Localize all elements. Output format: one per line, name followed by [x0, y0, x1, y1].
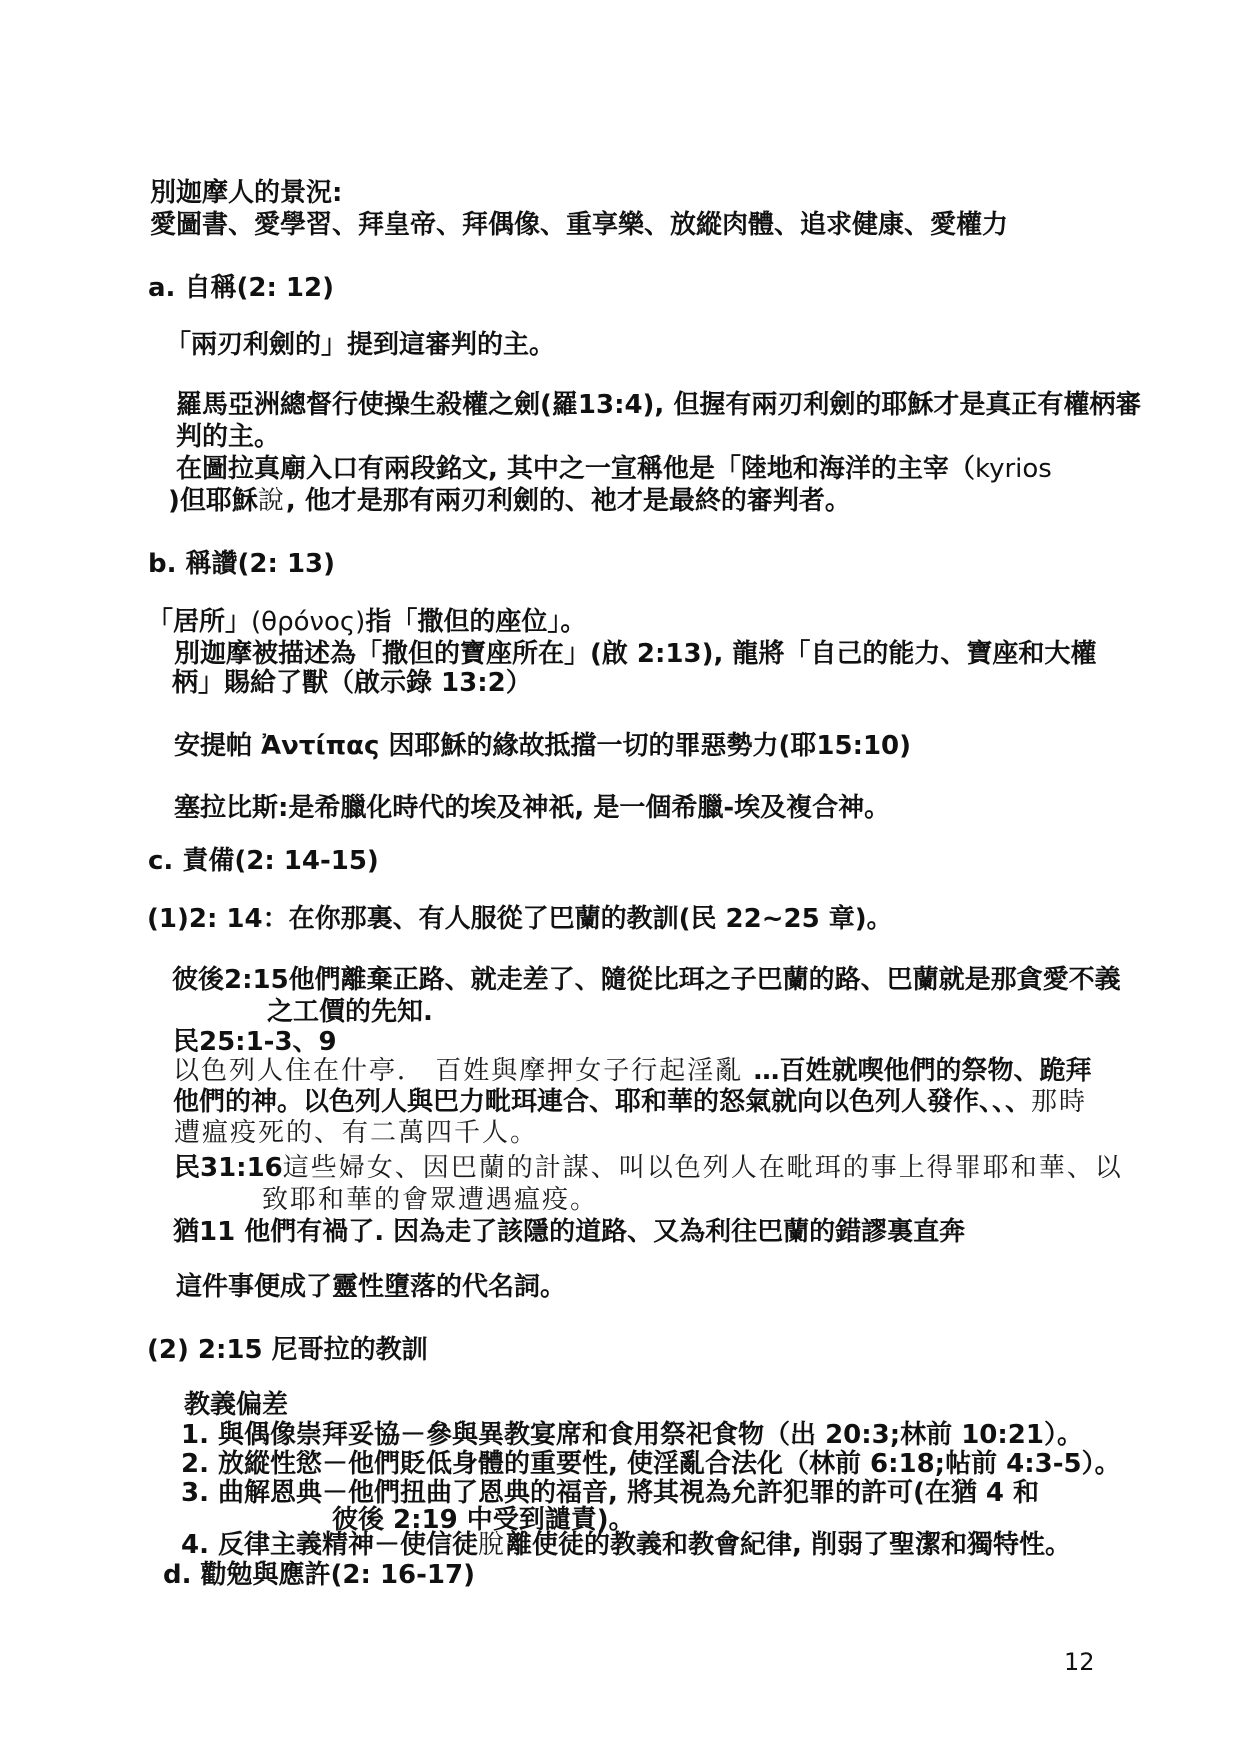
dwelling-term: 「居所」	[147, 607, 251, 637]
fallback-glyph-shuo: 說	[258, 486, 286, 516]
numbers31-reference: 民31:16	[174, 1153, 283, 1183]
jesus-statement-pre: )但耶穌	[168, 486, 258, 516]
section-a-paragraph-1: 「兩刃利劍的」提到這審判的主。	[165, 331, 555, 361]
jesus-statement-post: , 他才是那有兩刃利劍的、祂才是最終的審判者。	[286, 486, 851, 516]
section-a-paragraph-3-line-2: )但耶穌說, 他才是那有兩刃利劍的、祂才是最終的審判者。	[168, 487, 851, 517]
dwelling-meaning: 指「撒但的座位」。	[365, 607, 586, 637]
section-a-heading: a. 自稱(2: 12)	[148, 274, 334, 304]
doctrine-deviation-title: 教義偏差	[184, 1391, 288, 1421]
doctrine-item-4: 4. 反律主義精神－使信徒脫離使徒的教義和教會紀律, 削弱了聖潔和獨特性。	[181, 1531, 1071, 1561]
section-b-paragraph-2-line-2: 柄」賜給了獸（啟示錄 13:2）	[172, 669, 532, 699]
quote-numbers25-reference: 民25:1-3、9	[173, 1028, 337, 1058]
inscription-text: 在圖拉真廟入口有兩段銘文, 其中之一宣稱他是「陸地和海洋的主宰（	[176, 454, 975, 484]
thronos-greek-word: (θρόνος)	[251, 607, 365, 637]
numbers25-bold-run-2: 他們的神。以色列人與巴力毗珥連合、耶和華的怒氣就向以色列人發作、、、	[173, 1087, 1031, 1117]
quote-numbers31-line-1: 民31:16這些婦女、因巴蘭的計謀、叫以色列人在毗珥的事上得罪耶和華、以	[174, 1154, 1123, 1184]
numbers25-serif-run: 以色列人住在什亭． 百姓與摩押女子行起淫亂	[173, 1056, 754, 1086]
quote-2peter-line-2: 之工價的先知.	[267, 998, 433, 1028]
quote-numbers25-line-2: 他們的神。以色列人與巴力毗珥連合、耶和華的怒氣就向以色列人發作、、、那時	[173, 1088, 1087, 1118]
page-number: 12	[1064, 1648, 1095, 1676]
section-a-paragraph-3-line-1: 在圖拉真廟入口有兩段銘文, 其中之一宣稱他是「陸地和海洋的主宰（kyrios	[176, 455, 1052, 485]
antipas-paragraph: 安提帕 Ἀντίπας 因耶穌的緣故抵擋一切的罪惡勢力(耶15:10)	[174, 732, 911, 762]
quote-numbers25-line-3: 遭瘟疫死的、有二萬四千人。	[174, 1119, 538, 1149]
section-b-paragraph-1: 「居所」(θρόνος)指「撒但的座位」。	[147, 608, 586, 638]
fallback-glyph-tuo: 脫	[478, 1530, 506, 1560]
section-a-paragraph-2-line-2: 判的主。	[176, 423, 280, 453]
intro-title: 別迦摩人的景況:	[150, 179, 342, 209]
section-d-heading: d. 勸勉與應許(2: 16-17)	[163, 1561, 475, 1591]
section-c-item-1: (1)2: 14：在你那裏、有人服從了巴蘭的教訓(民 22~25 章)。	[147, 905, 893, 935]
doctrine-item-2: 2. 放縱性慾－他們貶低身體的重要性, 使淫亂合法化（林前 6:18;帖前 4:…	[181, 1450, 1121, 1480]
doctrine-item-4-post: 離使徒的教義和教會紀律, 削弱了聖潔和獨特性。	[506, 1530, 1071, 1560]
intro-traits: 愛圖書、愛學習、拜皇帝、拜偶像、重享樂、放縱肉體、追求健康、愛權力	[150, 211, 1008, 241]
serapis-paragraph: 塞拉比斯:是希臘化時代的埃及神祇, 是一個希臘-埃及複合神。	[174, 794, 890, 824]
quote-numbers31-line-2: 致耶和華的會眾遭遇瘟疫。	[262, 1186, 598, 1216]
section-a-paragraph-2-line-1: 羅馬亞洲總督行使操生殺權之劍(羅13:4), 但握有兩刃利劍的耶穌才是真正有權柄…	[176, 391, 1141, 421]
numbers31-serif-run: 這些婦女、因巴蘭的計謀、叫以色列人在毗珥的事上得罪耶和華、以	[283, 1153, 1123, 1183]
section-c-conclusion: 這件事便成了靈性墮落的代名詞。	[176, 1273, 566, 1303]
quote-2peter-line-1: 彼後2:15他們離棄正路、就走差了、隨從比珥之子巴蘭的路、巴蘭就是那貪愛不義	[172, 966, 1121, 996]
numbers25-bold-run: …百姓就喫他們的祭物、跪拜	[754, 1056, 1092, 1086]
doctrine-item-4-pre: 4. 反律主義精神－使信徒	[181, 1530, 478, 1560]
section-c-item-2: (2) 2:15 尼哥拉的教訓	[147, 1336, 428, 1366]
doctrine-item-1: 1. 與偶像崇拜妥協－參與異教宴席和食用祭祀食物（出 20:3;林前 10:21…	[181, 1421, 1083, 1451]
kyrios-latin-word: kyrios	[975, 454, 1052, 484]
document-page: 別迦摩人的景況: 愛圖書、愛學習、拜皇帝、拜偶像、重享樂、放縱肉體、追求健康、愛…	[0, 0, 1242, 1755]
numbers25-serif-run-2: 那時	[1031, 1087, 1087, 1117]
section-b-paragraph-2-line-1: 別迦摩被描述為「撒但的寶座所在」(啟 2:13), 龍將「自己的能力、寶座和大權	[174, 640, 1096, 670]
quote-numbers25-line-1: 以色列人住在什亭． 百姓與摩押女子行起淫亂 …百姓就喫他們的祭物、跪拜	[173, 1057, 1092, 1087]
section-c-heading: c. 責備(2: 14-15)	[148, 847, 379, 877]
section-b-heading: b. 稱讚(2: 13)	[148, 550, 335, 580]
quote-jude: 猶11 他們有禍了. 因為走了該隱的道路、又為利往巴蘭的錯謬裏直奔	[173, 1218, 965, 1248]
